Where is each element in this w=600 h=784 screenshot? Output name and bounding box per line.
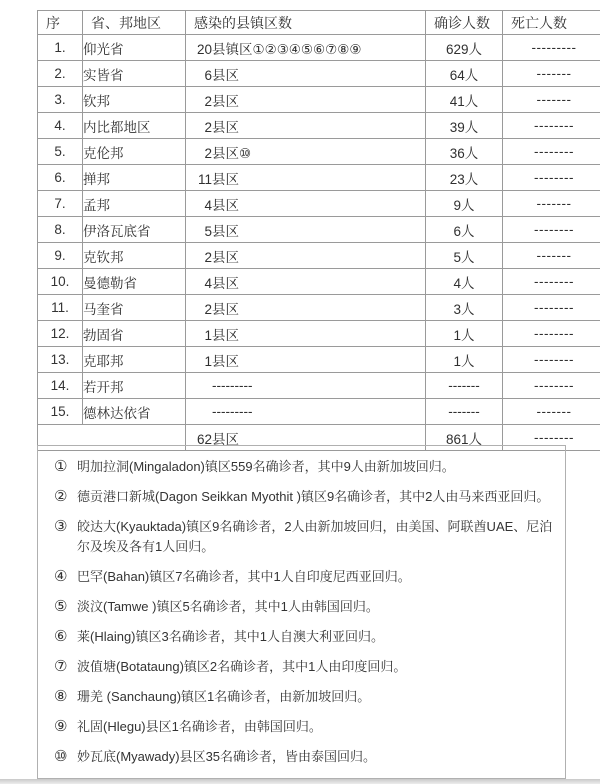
footnote-circled-number: ⑨ [54, 717, 77, 737]
counties-number: 4 [186, 276, 212, 291]
row-number-cell: 10. [38, 269, 83, 295]
counties-number: 5 [186, 224, 212, 239]
region-cell: 钦邦 [83, 87, 186, 113]
confirmed-cell: ------- [426, 373, 503, 399]
counties-cell: 2县区 [186, 243, 426, 269]
row-number-cell: 7. [38, 191, 83, 217]
footnote-item: ③ 皎达大(Kyauktada)镇区9名确诊者，2人由新加坡回归，由美国、阿联酋… [54, 517, 553, 557]
footnote-text: 明加拉洞(Mingaladon)镇区559名确诊者，其中9人由新加坡回归。 [77, 457, 553, 477]
deaths-cell: -------- [503, 269, 600, 295]
document-page: 序 省、邦地区 感染的县镇区数 确诊人数 死亡人数 1. 仰光省 20县镇区①②… [0, 0, 600, 784]
footnote-item: ⑤ 淡汶(Tamwe )镇区5名确诊者，其中1人由韩国回归。 [54, 597, 553, 617]
counties-cell: 1县区 [186, 321, 426, 347]
counties-text: 县区⑩ [212, 146, 251, 161]
counties-number: 2 [186, 94, 212, 109]
table-row: 9. 克钦邦 2县区 5人 ------- [38, 243, 600, 269]
region-cell: 实皆省 [83, 61, 186, 87]
row-number-cell: 14. [38, 373, 83, 399]
table-row: 13. 克耶邦 1县区 1人 -------- [38, 347, 600, 373]
counties-text: 县镇区①②③④⑤⑥⑦⑧⑨ [212, 42, 361, 57]
deaths-cell: -------- [503, 373, 600, 399]
counties-text: 县区 [212, 276, 239, 291]
counties-text: 县区 [212, 68, 239, 83]
table-row: 1. 仰光省 20县镇区①②③④⑤⑥⑦⑧⑨ 629人 --------- [38, 35, 600, 61]
footnote-text: 礼固(Hlegu)县区1名确诊者，由韩国回归。 [77, 717, 553, 737]
footnote-item: ④ 巴罕(Bahan)镇区7名确诊者，其中1人自印度尼西亚回归。 [54, 567, 553, 587]
footnote-text: 波值塘(Botataung)镇区2名确诊者，其中1人由印度回归。 [77, 657, 553, 677]
region-cell: 德林达依省 [83, 399, 186, 425]
region-cell: 曼德勒省 [83, 269, 186, 295]
region-cell: 克伦邦 [83, 139, 186, 165]
counties-number: 2 [186, 146, 212, 161]
counties-text: 县区 [212, 328, 239, 343]
confirmed-cell: 9人 [426, 191, 503, 217]
region-cell: 勃固省 [83, 321, 186, 347]
counties-cell: --------- [186, 373, 426, 399]
table-row: 11. 马奎省 2县区 3人 -------- [38, 295, 600, 321]
page-bottom-shadow [0, 779, 600, 784]
table-row: 3. 钦邦 2县区 41人 ------- [38, 87, 600, 113]
header-confirmed: 确诊人数 [426, 11, 503, 35]
header-counties: 感染的县镇区数 [186, 11, 426, 35]
footnote-text: 巴罕(Bahan)镇区7名确诊者，其中1人自印度尼西亚回归。 [77, 567, 553, 587]
counties-number: 11 [186, 172, 212, 187]
footnote-circled-number: ⑩ [54, 747, 77, 767]
counties-cell: --------- [186, 399, 426, 425]
deaths-cell: -------- [503, 217, 600, 243]
header-row: 序 省、邦地区 感染的县镇区数 确诊人数 死亡人数 [38, 11, 600, 35]
counties-number: 1 [186, 354, 212, 369]
table-row: 14. 若开邦 --------- ------- -------- [38, 373, 600, 399]
confirmed-cell: ------- [426, 399, 503, 425]
counties-text: 县区 [212, 172, 239, 187]
row-number-cell: 5. [38, 139, 83, 165]
table-row: 8. 伊洛瓦底省 5县区 6人 -------- [38, 217, 600, 243]
table-row: 10. 曼德勒省 4县区 4人 -------- [38, 269, 600, 295]
row-number-cell: 12. [38, 321, 83, 347]
row-number-cell: 15. [38, 399, 83, 425]
counties-cell: 1县区 [186, 347, 426, 373]
confirmed-cell: 64人 [426, 61, 503, 87]
region-cell: 克钦邦 [83, 243, 186, 269]
deaths-cell: -------- [503, 165, 600, 191]
confirmed-cell: 6人 [426, 217, 503, 243]
row-number-cell: 8. [38, 217, 83, 243]
table-row: 4. 内比都地区 2县区 39人 -------- [38, 113, 600, 139]
footnote-circled-number: ① [54, 457, 77, 477]
counties-text: --------- [212, 378, 252, 393]
counties-cell: 20县镇区①②③④⑤⑥⑦⑧⑨ [186, 35, 426, 61]
header-no: 序 [38, 11, 83, 35]
footnote-circled-number: ⑦ [54, 657, 77, 677]
region-cell: 掸邦 [83, 165, 186, 191]
counties-text: 县区 [212, 224, 239, 239]
deaths-cell: -------- [503, 347, 600, 373]
table-row: 12. 勃固省 1县区 1人 -------- [38, 321, 600, 347]
deaths-cell: ------- [503, 399, 600, 425]
deaths-cell: ------- [503, 191, 600, 217]
table-row: 15. 德林达依省 --------- ------- ------- [38, 399, 600, 425]
row-number-cell: 3. [38, 87, 83, 113]
counties-text: 县区 [212, 198, 239, 213]
header-region: 省、邦地区 [83, 11, 186, 35]
deaths-cell: -------- [503, 113, 600, 139]
counties-cell: 11县区 [186, 165, 426, 191]
footnote-circled-number: ⑧ [54, 687, 77, 707]
deaths-cell: -------- [503, 321, 600, 347]
row-number-cell: 4. [38, 113, 83, 139]
footnote-circled-number: ④ [54, 567, 77, 587]
counties-cell: 6县区 [186, 61, 426, 87]
counties-cell: 4县区 [186, 269, 426, 295]
confirmed-cell: 3人 [426, 295, 503, 321]
confirmed-cell: 1人 [426, 321, 503, 347]
confirmed-cell: 5人 [426, 243, 503, 269]
confirmed-cell: 23人 [426, 165, 503, 191]
counties-number: 2 [186, 302, 212, 317]
header-deaths: 死亡人数 [503, 11, 600, 35]
footnote-circled-number: ② [54, 487, 77, 507]
counties-text: --------- [212, 404, 252, 419]
region-cell: 若开邦 [83, 373, 186, 399]
counties-number: 1 [186, 328, 212, 343]
row-number-cell: 6. [38, 165, 83, 191]
counties-number: 6 [186, 68, 212, 83]
counties-text: 县区 [212, 250, 239, 265]
counties-number: 2 [186, 120, 212, 135]
region-cell: 克耶邦 [83, 347, 186, 373]
deaths-cell: -------- [503, 295, 600, 321]
counties-number: 4 [186, 198, 212, 213]
footnotes-box: ① 明加拉洞(Mingaladon)镇区559名确诊者，其中9人由新加坡回归。 … [37, 445, 566, 779]
footnote-circled-number: ③ [54, 517, 77, 537]
footnote-text: 珊羌 (Sanchaung)镇区1名确诊者，由新加坡回归。 [77, 687, 553, 707]
footnote-item: ⑧ 珊羌 (Sanchaung)镇区1名确诊者，由新加坡回归。 [54, 687, 553, 707]
table-row: 2. 实皆省 6县区 64人 ------- [38, 61, 600, 87]
footnote-text: 妙瓦底(Myawady)县区35名确诊者，皆由泰国回归。 [77, 747, 553, 767]
region-cell: 孟邦 [83, 191, 186, 217]
infection-stats-table: 序 省、邦地区 感染的县镇区数 确诊人数 死亡人数 1. 仰光省 20县镇区①②… [37, 10, 600, 451]
footnote-text: 淡汶(Tamwe )镇区5名确诊者，其中1人由韩国回归。 [77, 597, 553, 617]
counties-text: 县区 [212, 94, 239, 109]
footnote-item: ⑨ 礼固(Hlegu)县区1名确诊者，由韩国回归。 [54, 717, 553, 737]
confirmed-cell: 629人 [426, 35, 503, 61]
region-cell: 内比都地区 [83, 113, 186, 139]
counties-cell: 2县区⑩ [186, 139, 426, 165]
table-row: 6. 掸邦 11县区 23人 -------- [38, 165, 600, 191]
table-row: 7. 孟邦 4县区 9人 ------- [38, 191, 600, 217]
counties-cell: 2县区 [186, 87, 426, 113]
footnote-text: 皎达大(Kyauktada)镇区9名确诊者，2人由新加坡回归，由美国、阿联酋UA… [77, 517, 553, 557]
row-number-cell: 13. [38, 347, 83, 373]
region-cell: 仰光省 [83, 35, 186, 61]
row-number-cell: 1. [38, 35, 83, 61]
deaths-cell: ------- [503, 61, 600, 87]
deaths-cell: --------- [503, 35, 600, 61]
row-number-cell: 11. [38, 295, 83, 321]
footnote-item: ⑩ 妙瓦底(Myawady)县区35名确诊者，皆由泰国回归。 [54, 747, 553, 767]
table-row: 5. 克伦邦 2县区⑩ 36人 -------- [38, 139, 600, 165]
footnote-circled-number: ⑥ [54, 627, 77, 647]
confirmed-cell: 41人 [426, 87, 503, 113]
table-header: 序 省、邦地区 感染的县镇区数 确诊人数 死亡人数 [38, 11, 600, 35]
counties-number: 20 [186, 42, 212, 57]
counties-cell: 5县区 [186, 217, 426, 243]
footnote-item: ⑦ 波值塘(Botataung)镇区2名确诊者，其中1人由印度回归。 [54, 657, 553, 677]
footnote-item: ② 德贡港口新城(Dagon Seikkan Myothit )镇区9名确诊者，… [54, 487, 553, 507]
confirmed-cell: 4人 [426, 269, 503, 295]
deaths-cell: ------- [503, 243, 600, 269]
footnote-item: ⑥ 莱(Hlaing)镇区3名确诊者，其中1人自澳大利亚回归。 [54, 627, 553, 647]
footnote-text: 德贡港口新城(Dagon Seikkan Myothit )镇区9名确诊者，其中… [77, 487, 553, 507]
confirmed-cell: 36人 [426, 139, 503, 165]
counties-text: 县区 [212, 302, 239, 317]
footnote-text: 莱(Hlaing)镇区3名确诊者，其中1人自澳大利亚回归。 [77, 627, 553, 647]
footnote-item: ① 明加拉洞(Mingaladon)镇区559名确诊者，其中9人由新加坡回归。 [54, 457, 553, 477]
confirmed-cell: 1人 [426, 347, 503, 373]
counties-text: 县区 [212, 120, 239, 135]
region-cell: 马奎省 [83, 295, 186, 321]
counties-text: 县区 [212, 354, 239, 369]
deaths-cell: -------- [503, 139, 600, 165]
counties-cell: 2县区 [186, 295, 426, 321]
row-number-cell: 2. [38, 61, 83, 87]
region-cell: 伊洛瓦底省 [83, 217, 186, 243]
confirmed-cell: 39人 [426, 113, 503, 139]
deaths-cell: ------- [503, 87, 600, 113]
row-number-cell: 9. [38, 243, 83, 269]
counties-cell: 2县区 [186, 113, 426, 139]
footnote-circled-number: ⑤ [54, 597, 77, 617]
counties-cell: 4县区 [186, 191, 426, 217]
table-body: 1. 仰光省 20县镇区①②③④⑤⑥⑦⑧⑨ 629人 --------- 2. … [38, 35, 600, 451]
counties-number: 2 [186, 250, 212, 265]
